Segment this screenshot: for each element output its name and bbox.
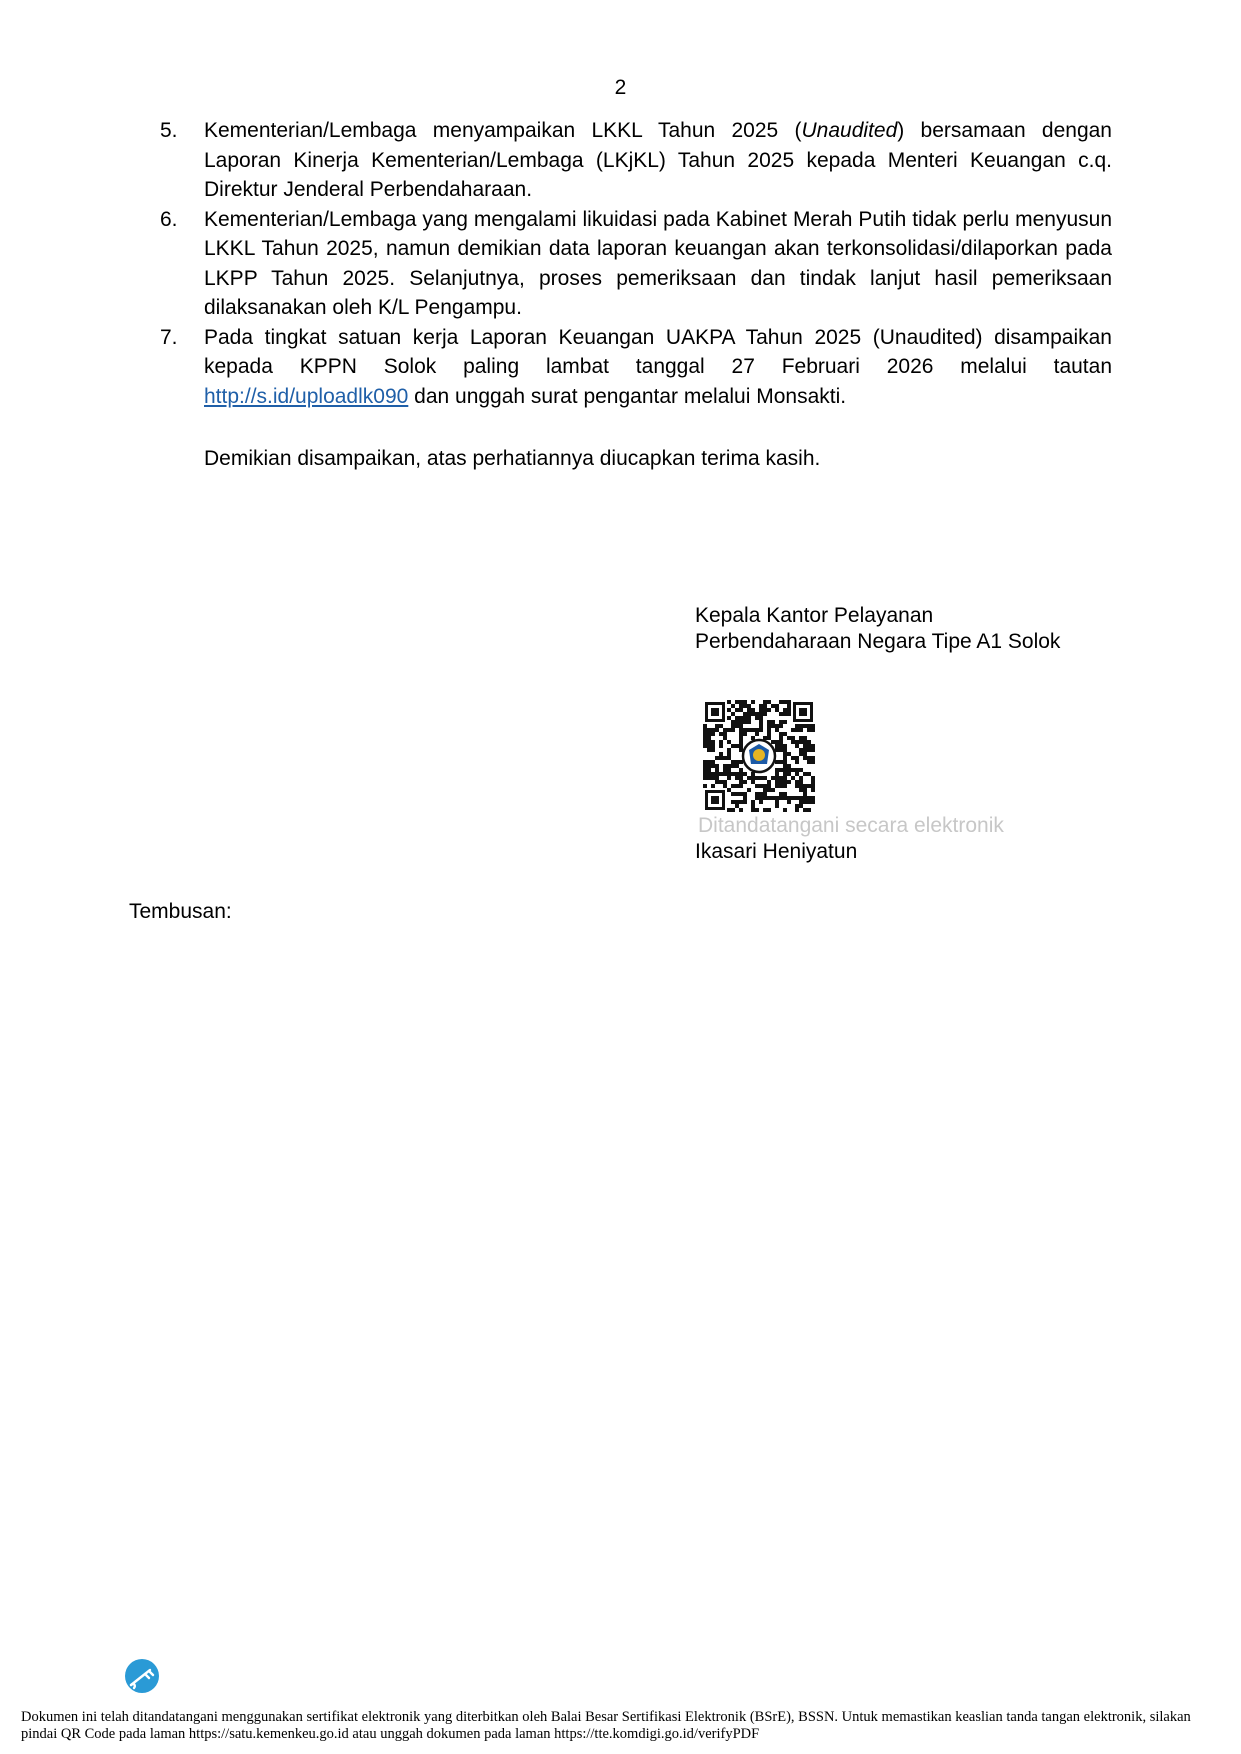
list-number: 5. <box>160 116 178 146</box>
signer-name: Ikasari Heniyatun <box>695 839 857 865</box>
signature-title-line2: Perbendaharaan Negara Tipe A1 Solok <box>695 629 1060 655</box>
instruction-list: 5. Kementerian/Lembaga menyampaikan LKKL… <box>160 116 1112 411</box>
qr-code-icon <box>703 700 815 812</box>
signed-electronically-note: Ditandatangani secara elektronik <box>698 813 1004 839</box>
list-item: 5. Kementerian/Lembaga menyampaikan LKKL… <box>160 116 1112 205</box>
list-number: 6. <box>160 205 178 235</box>
bsre-logo-icon <box>124 1658 160 1694</box>
list-text: Kementerian/Lembaga menyampaikan LKKL Ta… <box>204 119 802 142</box>
page-number: 2 <box>0 74 1241 102</box>
cc-label: Tembusan: <box>129 898 232 926</box>
footer-disclaimer: Dokumen ini telah ditandatangani menggun… <box>21 1709 1226 1743</box>
list-item: 7. Pada tingkat satuan kerja Laporan Keu… <box>160 323 1112 412</box>
list-number: 7. <box>160 323 178 353</box>
list-text-italic: Unaudited <box>802 119 898 142</box>
list-text: Kementerian/Lembaga yang mengalami likui… <box>204 208 1112 320</box>
list-text: Pada tingkat satuan kerja Laporan Keuang… <box>204 326 1112 379</box>
list-item: 6. Kementerian/Lembaga yang mengalami li… <box>160 205 1112 323</box>
closing-text: Demikian disampaikan, atas perhatiannya … <box>204 444 820 473</box>
list-text: dan unggah surat pengantar melalui Monsa… <box>408 385 846 408</box>
signature-title-line1: Kepala Kantor Pelayanan <box>695 603 1060 629</box>
upload-link[interactable]: http://s.id/uploadlk090 <box>204 385 408 408</box>
signature-title: Kepala Kantor Pelayanan Perbendaharaan N… <box>695 603 1060 655</box>
